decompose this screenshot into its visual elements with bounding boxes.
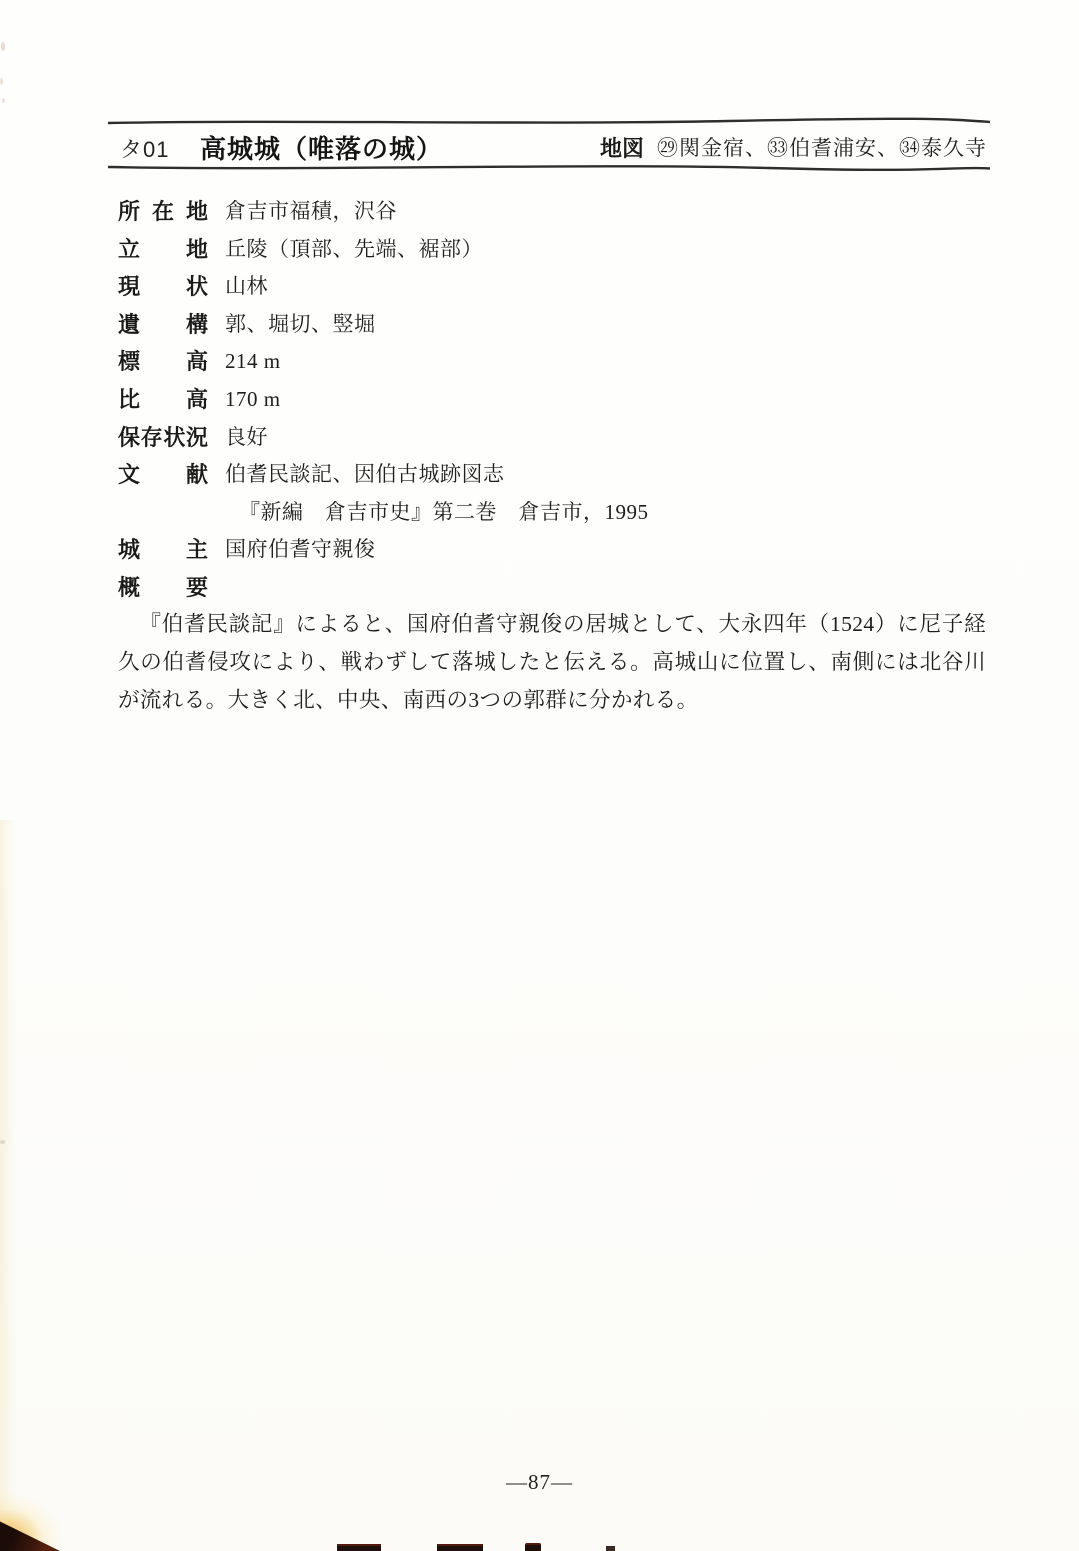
reference-line-1: 伯耆民談記、因伯古城跡図志 [225, 456, 649, 494]
field-label: 概要 [118, 569, 208, 607]
map-label: 地図 [600, 132, 644, 163]
corner-dark-wedge [0, 1515, 60, 1551]
field-row-relative-height: 比高 170 m [118, 381, 986, 419]
field-value: 国府伯耆守親俊 [225, 531, 376, 569]
field-value: 山林 [225, 268, 268, 306]
entry-header: タ01 高城城（唯落の城） 地図 ㉙関金宿、㉝伯耆浦安、㉞泰久寺 [108, 116, 990, 174]
field-label: 保存状況 [118, 419, 208, 457]
field-label: 現状 [118, 268, 208, 306]
field-value: 倉吉市福積，沢谷 [225, 193, 397, 231]
field-value: 郭、堀切、竪堀 [225, 306, 376, 344]
overview-paragraph: 『伯耆民談記』によると、国府伯耆守親俊の居城として、大永四年（1524）に尼子経… [118, 605, 986, 719]
left-edge-scan-tint [0, 820, 16, 1551]
scan-speck [0, 78, 3, 85]
field-row-current-state: 現状 山林 [118, 268, 986, 306]
page-number: —87— [0, 1470, 1079, 1502]
reference-line-2: 『新編 倉吉市史』第二巻 倉吉市，1995 [225, 494, 649, 532]
castle-title: 高城城（唯落の城） [200, 129, 443, 166]
entry-id: タ01 [120, 133, 169, 164]
field-label: 城主 [118, 531, 208, 569]
field-row-elevation: 標高 214 m [118, 343, 986, 381]
field-value: 良好 [225, 419, 268, 457]
scan-speck [2, 98, 5, 103]
field-row-references: 文献 伯耆民談記、因伯古城跡図志 『新編 倉吉市史』第二巻 倉吉市，1995 [118, 456, 986, 531]
field-row-terrain: 立地 丘陵（頂部、先端、裾部） [118, 231, 986, 269]
bottom-edge-dark-shape [606, 1546, 615, 1551]
field-label: 遺構 [118, 306, 208, 344]
field-row-location: 所在地 倉吉市福積，沢谷 [118, 193, 986, 231]
map-references: ㉙関金宿、㉝伯耆浦安、㉞泰久寺 [657, 132, 987, 162]
field-row-overview-heading: 概要 [118, 569, 986, 607]
bottom-edge-dark-shape [437, 1544, 483, 1551]
field-label: 所在地 [118, 193, 208, 231]
header-text-row: タ01 高城城（唯落の城） 地図 ㉙関金宿、㉝伯耆浦安、㉞泰久寺 [108, 116, 990, 174]
scan-speck [0, 1140, 5, 1144]
scan-speck [1, 42, 5, 51]
field-label: 比高 [118, 381, 208, 419]
field-value: 170 m [225, 381, 281, 419]
field-label: 標高 [118, 343, 208, 381]
field-value: 214 m [225, 343, 281, 381]
field-row-remains: 遺構 郭、堀切、竪堀 [118, 306, 986, 344]
scanned-document-page: タ01 高城城（唯落の城） 地図 ㉙関金宿、㉝伯耆浦安、㉞泰久寺 所在地 倉吉市… [0, 0, 1079, 1551]
field-value: 丘陵（頂部、先端、裾部） [225, 231, 483, 269]
field-label: 立地 [118, 231, 208, 269]
field-row-castle-lord: 城主 国府伯耆守親俊 [118, 531, 986, 569]
field-label: 文献 [118, 456, 208, 494]
bottom-edge-dark-shape [337, 1544, 381, 1551]
field-value: 伯耆民談記、因伯古城跡図志 『新編 倉吉市史』第二巻 倉吉市，1995 [225, 456, 649, 531]
bottom-edge-dark-shape [525, 1543, 541, 1551]
field-row-preservation: 保存状況 良好 [118, 419, 986, 457]
info-field-list: 所在地 倉吉市福積，沢谷 立地 丘陵（頂部、先端、裾部） 現状 山林 遺構 郭、… [118, 193, 986, 607]
